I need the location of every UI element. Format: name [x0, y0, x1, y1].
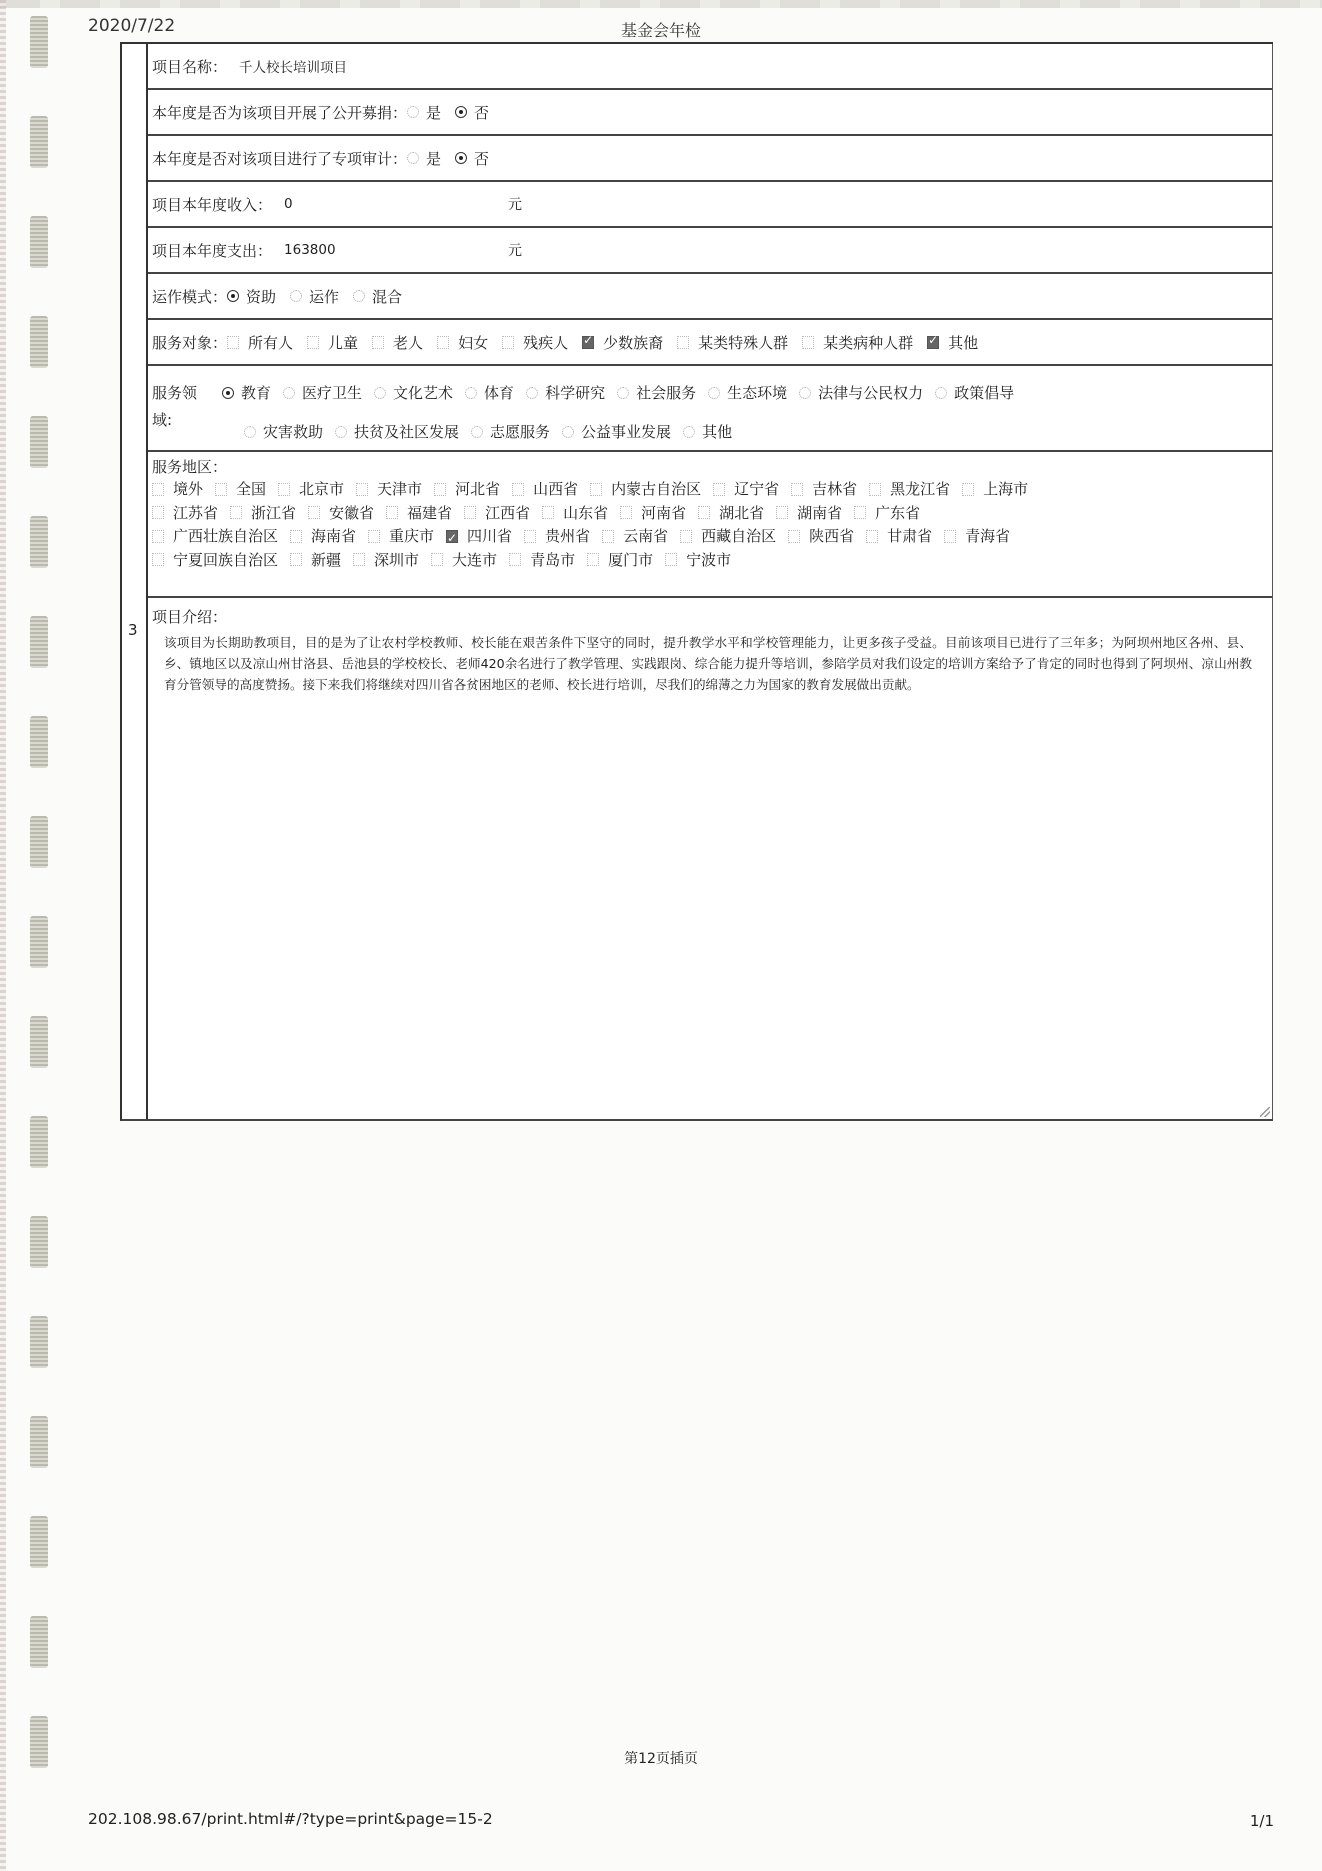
checkbox-empty-icon[interactable] [308, 506, 320, 519]
checkbox-option[interactable]: 广西壮族自治区 [152, 525, 278, 547]
service-field-label-line1: 服务领 [152, 380, 197, 407]
option-label: 黑龙江省 [890, 478, 950, 500]
radio-selected-icon[interactable] [222, 387, 234, 399]
expense-value: 163800 [284, 242, 336, 258]
option-label: 妇女 [458, 332, 488, 353]
checkbox-empty-icon[interactable] [944, 530, 956, 543]
income-unit: 元 [508, 194, 522, 214]
option-label: 社会服务 [636, 374, 696, 412]
binder-hole [30, 516, 48, 568]
binder-hole [30, 1616, 48, 1668]
radio-option[interactable]: 科学研究 [526, 374, 605, 412]
checkbox-empty-icon[interactable] [854, 506, 866, 519]
option-label: 文化艺术 [393, 374, 453, 412]
option-label: 混合 [372, 286, 402, 307]
option-label: 资助 [246, 286, 276, 307]
checkbox-empty-icon[interactable] [542, 506, 554, 519]
public-fundraising-options: 是否 [407, 102, 503, 123]
expense-label: 项目本年度支出： [152, 240, 272, 261]
binder-hole [30, 216, 48, 268]
service-target-label: 服务对象： [152, 332, 227, 353]
document-title: 基金会年检 [0, 18, 1322, 41]
option-label: 西藏自治区 [701, 525, 776, 547]
radio-empty-icon[interactable] [374, 387, 386, 399]
binder-hole [30, 316, 48, 368]
checkbox-empty-icon[interactable] [791, 483, 803, 496]
operation-mode-options: 资助运作混合 [227, 286, 416, 307]
option-label: 所有人 [248, 332, 293, 353]
option-label: 湖南省 [797, 502, 842, 524]
binder-hole [30, 816, 48, 868]
service-region-row: 服务地区： 境外全国北京市天津市河北省山西省内蒙古自治区辽宁省吉林省黑龙江省上海… [148, 452, 1272, 598]
checkbox-empty-icon[interactable] [372, 336, 384, 349]
checkbox-empty-icon[interactable] [434, 483, 446, 496]
radio-option[interactable]: 其他 [683, 413, 732, 451]
option-label: 江西省 [485, 502, 530, 524]
checkbox-empty-icon[interactable] [524, 530, 536, 543]
binder-hole [30, 716, 48, 768]
option-label: 公益事业发展 [581, 413, 671, 451]
binder-hole [30, 416, 48, 468]
radio-selected-icon[interactable] [227, 290, 239, 302]
checkbox-option[interactable]: 深圳市 [353, 549, 419, 571]
option-label: 是 [426, 148, 441, 169]
option-label: 否 [474, 102, 489, 123]
checkbox-empty-icon[interactable] [215, 483, 227, 496]
checkbox-option[interactable]: 残疾人 [502, 332, 568, 353]
option-label: 辽宁省 [734, 478, 779, 500]
checkbox-empty-icon[interactable] [680, 530, 692, 543]
option-label: 海南省 [311, 525, 356, 547]
checkbox-empty-icon[interactable] [152, 506, 164, 519]
checkbox-option[interactable]: 黑龙江省 [869, 478, 950, 500]
checkbox-empty-icon[interactable] [230, 506, 242, 519]
checkbox-option[interactable]: 老人 [372, 332, 423, 353]
checkbox-option[interactable]: 浙江省 [230, 502, 296, 524]
option-label: 厦门市 [608, 549, 653, 571]
checkbox-option[interactable]: 山东省 [542, 502, 608, 524]
option-label: 天津市 [377, 478, 422, 500]
option-label: 其他 [948, 332, 978, 353]
binder-hole [30, 1316, 48, 1368]
expense-row: 项目本年度支出： 163800 元 [148, 228, 1272, 274]
radio-option[interactable]: 医疗卫生 [283, 374, 362, 412]
page-note: 第12页插页 [0, 1748, 1322, 1768]
radio-option[interactable]: 灾害救助 [244, 413, 323, 451]
option-label: 志愿服务 [490, 413, 550, 451]
operation-mode-row: 运作模式： 资助运作混合 [148, 274, 1272, 320]
checkbox-option[interactable]: 天津市 [356, 478, 422, 500]
option-label: 吉林省 [812, 478, 857, 500]
checkbox-option[interactable]: 山西省 [512, 478, 578, 500]
binder-hole [30, 616, 48, 668]
checkbox-checked-icon[interactable] [927, 336, 939, 349]
checkbox-empty-icon[interactable] [713, 483, 725, 496]
introduction-label: 项目介绍： [152, 606, 227, 627]
radio-selected-icon[interactable] [455, 106, 467, 118]
checkbox-empty-icon[interactable] [502, 336, 514, 349]
option-label: 科学研究 [545, 374, 605, 412]
service-field-label-line2: 域: [152, 407, 197, 434]
checkbox-empty-icon[interactable] [512, 483, 524, 496]
option-label: 山东省 [563, 502, 608, 524]
radio-empty-icon[interactable] [283, 387, 295, 399]
introduction-textarea[interactable]: 该项目为长期助教项目，目的是为了让农村学校教师、校长能在艰苦条件下坚守的同时，提… [164, 632, 1252, 695]
checkbox-empty-icon[interactable] [677, 336, 689, 349]
checkbox-empty-icon[interactable] [368, 530, 380, 543]
option-label: 残疾人 [523, 332, 568, 353]
radio-selected-icon[interactable] [455, 152, 467, 164]
checkbox-option[interactable]: 青岛市 [509, 549, 575, 571]
radio-option[interactable]: 否 [455, 102, 489, 123]
checkbox-option[interactable]: 河北省 [434, 478, 500, 500]
option-label: 宁夏回族自治区 [173, 549, 278, 571]
checkbox-empty-icon[interactable] [590, 483, 602, 496]
checkbox-option[interactable]: 全国 [215, 478, 266, 500]
page-count: 1/1 [1250, 1812, 1274, 1830]
project-name-value: 千人校长培训项目 [239, 56, 347, 76]
radio-empty-icon[interactable] [465, 387, 477, 399]
checkbox-empty-icon[interactable] [776, 506, 788, 519]
radio-empty-icon[interactable] [708, 387, 720, 399]
option-label: 青岛市 [530, 549, 575, 571]
checkbox-empty-icon[interactable] [866, 530, 878, 543]
option-label: 浙江省 [251, 502, 296, 524]
checkbox-option[interactable]: 福建省 [386, 502, 452, 524]
checkbox-option[interactable]: 陕西省 [788, 525, 854, 547]
project-name-row: 项目名称： 千人校长培训项目 [148, 44, 1272, 90]
service-field-line: 教育医疗卫生文化艺术体育科学研究社会服务生态环境法律与公民权力政策倡导 [222, 374, 1026, 413]
checkbox-empty-icon[interactable] [437, 336, 449, 349]
service-region-line: 江苏省浙江省安徽省福建省江西省山东省河南省湖北省湖南省广东省 [152, 502, 1040, 526]
radio-empty-icon[interactable] [407, 106, 419, 118]
option-label: 体育 [484, 374, 514, 412]
form-body: 项目名称： 千人校长培训项目 本年度是否为该项目开展了公开募捐： 是否 本年度是… [146, 44, 1273, 1119]
option-label: 是 [426, 102, 441, 123]
checkbox-empty-icon[interactable] [602, 530, 614, 543]
option-label: 广东省 [875, 502, 920, 524]
service-region-line: 宁夏回族自治区新疆深圳市大连市青岛市厦门市宁波市 [152, 549, 1040, 573]
radio-option[interactable]: 公益事业发展 [562, 413, 671, 451]
print-url: 202.108.98.67/print.html#/?type=print&pa… [88, 1810, 493, 1828]
option-label: 北京市 [299, 478, 344, 500]
option-label: 运作 [309, 286, 339, 307]
binder-hole [30, 1216, 48, 1268]
option-label: 湖北省 [719, 502, 764, 524]
checkbox-option[interactable]: 贵州省 [524, 525, 590, 547]
radio-empty-icon[interactable] [244, 426, 256, 438]
option-label: 宁波市 [686, 549, 731, 571]
binder-hole [30, 116, 48, 168]
checkbox-option[interactable]: 辽宁省 [713, 478, 779, 500]
option-label: 扶贫及社区发展 [354, 413, 459, 451]
option-label: 山西省 [533, 478, 578, 500]
option-label: 儿童 [328, 332, 358, 353]
option-label: 河北省 [455, 478, 500, 500]
checkbox-option[interactable]: 大连市 [431, 549, 497, 571]
option-label: 政策倡导 [954, 374, 1014, 412]
option-label: 大连市 [452, 549, 497, 571]
radio-empty-icon[interactable] [290, 290, 302, 302]
radio-option[interactable]: 体育 [465, 374, 514, 412]
checkbox-empty-icon[interactable] [290, 553, 302, 566]
radio-empty-icon[interactable] [407, 152, 419, 164]
option-label: 老人 [393, 332, 423, 353]
checkbox-option[interactable]: 北京市 [278, 478, 344, 500]
radio-option[interactable]: 扶贫及社区发展 [335, 413, 459, 451]
service-field-row: 服务领 域: 教育医疗卫生文化艺术体育科学研究社会服务生态环境法律与公民权力政策… [148, 366, 1272, 452]
radio-option[interactable]: 教育 [222, 374, 271, 412]
checkbox-empty-icon[interactable] [587, 553, 599, 566]
service-field-options: 教育医疗卫生文化艺术体育科学研究社会服务生态环境法律与公民权力政策倡导灾害救助扶… [222, 374, 1026, 452]
service-field-label: 服务领 域: [152, 380, 197, 434]
checkbox-option[interactable]: 甘肃省 [866, 525, 932, 547]
service-region-options: 境外全国北京市天津市河北省山西省内蒙古自治区辽宁省吉林省黑龙江省上海市江苏省浙江… [152, 478, 1040, 572]
checkbox-checked-icon[interactable] [582, 336, 594, 349]
scan-top-edge [0, 0, 1322, 8]
service-region-line: 广西壮族自治区海南省重庆市四川省贵州省云南省西藏自治区陕西省甘肃省青海省 [152, 525, 1040, 549]
checkbox-empty-icon[interactable] [152, 483, 164, 496]
checkbox-option[interactable]: 海南省 [290, 525, 356, 547]
option-label: 青海省 [965, 525, 1010, 547]
radio-option[interactable]: 政策倡导 [935, 374, 1014, 412]
checkbox-option[interactable]: 其他 [927, 332, 978, 353]
checkbox-empty-icon[interactable] [464, 506, 476, 519]
radio-option[interactable]: 社会服务 [617, 374, 696, 412]
project-form: 3 项目名称： 千人校长培训项目 本年度是否为该项目开展了公开募捐： 是否 本年… [120, 42, 1273, 1121]
checkbox-option[interactable]: 湖南省 [776, 502, 842, 524]
special-audit-label: 本年度是否对该项目进行了专项审计： [152, 148, 407, 169]
option-label: 贵州省 [545, 525, 590, 547]
checkbox-option[interactable]: 江西省 [464, 502, 530, 524]
option-label: 广西壮族自治区 [173, 525, 278, 547]
option-label: 生态环境 [727, 374, 787, 412]
expense-unit: 元 [508, 240, 522, 260]
radio-empty-icon[interactable] [617, 387, 629, 399]
income-value: 0 [284, 196, 293, 212]
option-label: 河南省 [641, 502, 686, 524]
binder-hole [30, 1516, 48, 1568]
checkbox-option[interactable]: 上海市 [962, 478, 1028, 500]
checkbox-option[interactable]: 西藏自治区 [680, 525, 776, 547]
radio-option[interactable]: 是 [407, 148, 441, 169]
checkbox-option[interactable]: 厦门市 [587, 549, 653, 571]
option-label: 灾害救助 [263, 413, 323, 451]
option-label: 安徽省 [329, 502, 374, 524]
checkbox-option[interactable]: 安徽省 [308, 502, 374, 524]
checkbox-option[interactable]: 新疆 [290, 549, 341, 571]
checkbox-option[interactable]: 河南省 [620, 502, 686, 524]
option-label: 否 [474, 148, 489, 169]
operation-mode-label: 运作模式： [152, 286, 227, 307]
option-label: 陕西省 [809, 525, 854, 547]
special-audit-row: 本年度是否对该项目进行了专项审计： 是否 [148, 136, 1272, 182]
option-label: 深圳市 [374, 549, 419, 571]
special-audit-options: 是否 [407, 148, 503, 169]
option-label: 福建省 [407, 502, 452, 524]
checkbox-empty-icon[interactable] [227, 336, 239, 349]
radio-empty-icon[interactable] [562, 426, 574, 438]
radio-empty-icon[interactable] [935, 387, 947, 399]
checkbox-option[interactable]: 湖北省 [698, 502, 764, 524]
binder-hole [30, 1116, 48, 1168]
checkbox-empty-icon[interactable] [307, 336, 319, 349]
project-name-label: 项目名称： [152, 56, 227, 77]
service-target-row: 服务对象： 所有人儿童老人妇女残疾人少数族裔某类特殊人群某类病种人群其他 [148, 320, 1272, 366]
public-fundraising-label: 本年度是否为该项目开展了公开募捐： [152, 102, 407, 123]
checkbox-empty-icon[interactable] [152, 530, 164, 543]
service-field-line: 灾害救助扶贫及社区发展志愿服务公益事业发展其他 [222, 413, 1026, 452]
radio-empty-icon[interactable] [335, 426, 347, 438]
checkbox-option[interactable]: 江苏省 [152, 502, 218, 524]
checkbox-option[interactable]: 宁波市 [665, 549, 731, 571]
checkbox-option[interactable]: 内蒙古自治区 [590, 478, 701, 500]
income-row: 项目本年度收入： 0 元 [148, 182, 1272, 228]
option-label: 上海市 [983, 478, 1028, 500]
public-fundraising-row: 本年度是否为该项目开展了公开募捐： 是否 [148, 90, 1272, 136]
option-label: 某类特殊人群 [698, 332, 788, 353]
radio-option[interactable]: 法律与公民权力 [799, 374, 923, 412]
option-label: 全国 [236, 478, 266, 500]
option-label: 教育 [241, 374, 271, 412]
option-label: 甘肃省 [887, 525, 932, 547]
row-number: 3 [128, 621, 138, 639]
checkbox-option[interactable]: 广东省 [854, 502, 920, 524]
checkbox-empty-icon[interactable] [356, 483, 368, 496]
checkbox-empty-icon[interactable] [431, 553, 443, 566]
service-region-label: 服务地区： [152, 456, 227, 477]
option-label: 少数族裔 [603, 332, 663, 353]
radio-empty-icon[interactable] [683, 426, 695, 438]
checkbox-empty-icon[interactable] [386, 506, 398, 519]
radio-option[interactable]: 生态环境 [708, 374, 787, 412]
radio-option[interactable]: 资助 [227, 286, 276, 307]
radio-empty-icon[interactable] [353, 290, 365, 302]
option-label: 江苏省 [173, 502, 218, 524]
checkbox-option[interactable]: 某类特殊人群 [677, 332, 788, 353]
checkbox-option[interactable]: 云南省 [602, 525, 668, 547]
service-target-options: 所有人儿童老人妇女残疾人少数族裔某类特殊人群某类病种人群其他 [227, 332, 992, 353]
introduction-section: 项目介绍： 该项目为长期助教项目，目的是为了让农村学校教师、校长能在艰苦条件下坚… [148, 600, 1272, 1119]
checkbox-empty-icon[interactable] [802, 336, 814, 349]
checkbox-empty-icon[interactable] [665, 553, 677, 566]
radio-option[interactable]: 否 [455, 148, 489, 169]
option-label: 境外 [173, 478, 203, 500]
option-label: 某类病种人群 [823, 332, 913, 353]
radio-option[interactable]: 混合 [353, 286, 402, 307]
resize-handle-icon[interactable] [1260, 1107, 1270, 1117]
checkbox-option[interactable]: 吉林省 [791, 478, 857, 500]
checkbox-empty-icon[interactable] [509, 553, 521, 566]
checkbox-option[interactable]: 妇女 [437, 332, 488, 353]
checkbox-option[interactable]: 境外 [152, 478, 203, 500]
checkbox-empty-icon[interactable] [290, 530, 302, 543]
checkbox-option[interactable]: 少数族裔 [582, 332, 663, 353]
option-label: 内蒙古自治区 [611, 478, 701, 500]
option-label: 重庆市 [389, 525, 434, 547]
option-label: 新疆 [311, 549, 341, 571]
checkbox-empty-icon[interactable] [962, 483, 974, 496]
radio-empty-icon[interactable] [471, 426, 483, 438]
binder-hole [30, 916, 48, 968]
option-label: 法律与公民权力 [818, 374, 923, 412]
radio-empty-icon[interactable] [526, 387, 538, 399]
option-label: 四川省 [467, 525, 512, 547]
checkbox-empty-icon[interactable] [698, 506, 710, 519]
option-label: 其他 [702, 413, 732, 451]
checkbox-option[interactable]: 四川省 [446, 525, 512, 547]
binder-hole [30, 1016, 48, 1068]
checkbox-option[interactable]: 宁夏回族自治区 [152, 549, 278, 571]
checkbox-empty-icon[interactable] [869, 483, 881, 496]
checkbox-option[interactable]: 儿童 [307, 332, 358, 353]
radio-empty-icon[interactable] [799, 387, 811, 399]
radio-option[interactable]: 文化艺术 [374, 374, 453, 412]
checkbox-empty-icon[interactable] [278, 483, 290, 496]
checkbox-empty-icon[interactable] [788, 530, 800, 543]
checkbox-option[interactable]: 所有人 [227, 332, 293, 353]
radio-option[interactable]: 是 [407, 102, 441, 123]
checkbox-option[interactable]: 青海省 [944, 525, 1010, 547]
checkbox-empty-icon[interactable] [152, 553, 164, 566]
checkbox-option[interactable]: 重庆市 [368, 525, 434, 547]
option-label: 医疗卫生 [302, 374, 362, 412]
checkbox-empty-icon[interactable] [620, 506, 632, 519]
radio-option[interactable]: 运作 [290, 286, 339, 307]
service-region-line: 境外全国北京市天津市河北省山西省内蒙古自治区辽宁省吉林省黑龙江省上海市 [152, 478, 1040, 502]
checkbox-option[interactable]: 某类病种人群 [802, 332, 913, 353]
option-label: 云南省 [623, 525, 668, 547]
radio-option[interactable]: 志愿服务 [471, 413, 550, 451]
scan-left-edge [0, 0, 6, 1871]
checkbox-empty-icon[interactable] [353, 553, 365, 566]
binder-hole [30, 1416, 48, 1468]
checkbox-checked-icon[interactable] [446, 530, 458, 543]
income-label: 项目本年度收入： [152, 194, 272, 215]
